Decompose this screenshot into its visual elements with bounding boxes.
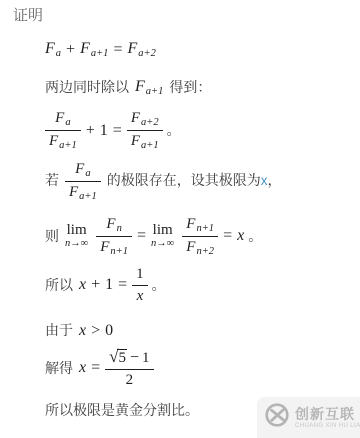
F-symbol: F (45, 40, 55, 57)
plus-operator: + (91, 275, 100, 295)
fraction: Fa Fa+1 (65, 160, 101, 203)
fraction-numerator: 1 (132, 265, 148, 285)
subscript: n (117, 223, 122, 234)
limit-equation: 则 lim n→∞ Fn Fn+1 = lim n→∞ Fn+1 Fn+2 = … (45, 215, 360, 258)
statement-text: 得到： (169, 79, 211, 97)
lim-underscript: n→∞ (151, 239, 174, 250)
F-symbol: F (49, 133, 58, 149)
subscript: a (85, 168, 90, 179)
solution-equation: 解得 x = √5−1 2 (45, 348, 360, 390)
fibonacci-term: Fa+1 (135, 77, 163, 98)
equals-operator: = (137, 226, 146, 246)
fraction-denominator: x (132, 285, 148, 306)
statement-text: 则 (45, 228, 59, 246)
number: 0 (105, 321, 113, 341)
subscript: a (56, 48, 61, 59)
fibonacci-term: Fa (45, 39, 61, 60)
fraction-denominator: 2 (105, 369, 153, 390)
cjk-period: 。 (248, 228, 262, 246)
fraction-equation: Fa Fa+1 + 1 = Fa+2 Fa+1 。 (45, 109, 360, 152)
subscript: a+1 (141, 140, 159, 151)
number: 1 (105, 275, 113, 295)
fraction-numerator: Fa (45, 109, 81, 130)
fraction: √5−1 2 (105, 348, 153, 390)
fraction-denominator: Fn+2 (182, 236, 218, 258)
subscript: a+1 (79, 191, 97, 202)
plus-operator: + (86, 121, 95, 141)
F-symbol: F (80, 40, 90, 57)
proof-article: 证明 Fa + Fa+1 = Fa+2 两边同时除以 Fa+1 得到： Fa F… (0, 0, 360, 438)
cjk-period: 。 (167, 122, 181, 140)
statement-text: 的极限存在，设其极限为 (107, 172, 261, 190)
cjk-period: 。 (152, 277, 166, 295)
statement-text: 两边同时除以 (45, 79, 129, 97)
variable-x: x (79, 321, 86, 341)
fraction-denominator: Fn+1 (96, 236, 132, 258)
assume-limit-statement: 若 Fa Fa+1 的极限存在，设其极限为 x ， (45, 160, 360, 203)
variable-x: x (237, 226, 244, 246)
subscript: a+1 (59, 140, 77, 151)
radicand: 5 (117, 349, 127, 366)
watermark-brand: 创新互联 (295, 406, 360, 422)
fraction-denominator: Fa+1 (45, 130, 81, 152)
F-symbol: F (131, 133, 140, 149)
fraction-denominator: Fa+1 (65, 181, 101, 203)
fraction-numerator: Fa (65, 160, 101, 181)
circle-x-logo-icon (264, 402, 290, 433)
F-symbol: F (69, 184, 78, 200)
lim-underscript: n→∞ (65, 239, 88, 250)
proof-heading: 证明 (13, 4, 360, 25)
F-symbol: F (75, 161, 84, 177)
minus-operator: − (130, 349, 139, 366)
F-symbol: F (186, 239, 195, 255)
F-symbol: F (106, 216, 115, 232)
number: 1 (142, 350, 150, 366)
fraction: Fa+2 Fa+1 (127, 109, 163, 152)
equals-operator: = (118, 275, 127, 295)
positivity-statement: 由于 x > 0 (45, 321, 360, 341)
subscript: n+1 (196, 223, 214, 234)
limit-operator: lim n→∞ (65, 223, 88, 249)
F-symbol: F (131, 110, 140, 126)
fraction-numerator: √5−1 (105, 348, 153, 369)
lim-word: lim (151, 223, 174, 239)
fraction: 1 x (132, 265, 148, 306)
statement-text: 所以 (45, 277, 73, 295)
F-symbol: F (186, 216, 195, 232)
limit-variable-x: x (261, 173, 268, 190)
greater-than-operator: > (91, 321, 100, 341)
subscript: n+2 (196, 246, 214, 257)
subscript: a+1 (146, 86, 164, 97)
fraction-numerator: Fa+2 (127, 109, 163, 130)
fraction-denominator: Fa+1 (127, 130, 163, 152)
fraction: Fn Fn+1 (96, 215, 132, 258)
fraction: Fn+1 Fn+2 (182, 215, 218, 258)
subscript: a (65, 117, 70, 128)
F-symbol: F (135, 78, 145, 95)
watermark-text: 创新互联 CHUANG XIN HU LIAN (295, 406, 360, 428)
variable-x: x (79, 358, 86, 378)
subscript: a+1 (91, 48, 109, 59)
fibonacci-term: Fa+2 (127, 39, 155, 60)
F-symbol: F (127, 40, 137, 57)
lim-word: lim (65, 223, 88, 239)
watermark-subtext: CHUANG XIN HU LIAN (295, 423, 360, 429)
fibonacci-term: Fa+1 (80, 39, 108, 60)
recurrence-equation: Fa + Fa+1 = Fa+2 (45, 39, 360, 60)
subscript: a+2 (141, 117, 159, 128)
subscript: a+2 (138, 48, 156, 59)
equals-operator: = (113, 40, 122, 60)
reciprocal-equation: 所以 x + 1 = 1 x 。 (45, 265, 360, 306)
fraction-numerator: Fn (96, 215, 132, 236)
limit-operator: lim n→∞ (151, 223, 174, 249)
fraction: Fa Fa+1 (45, 109, 81, 152)
proof-content: Fa + Fa+1 = Fa+2 两边同时除以 Fa+1 得到： Fa Fa+1… (45, 39, 360, 420)
variable-x: x (79, 275, 86, 295)
number: 1 (100, 121, 108, 141)
equals-operator: = (223, 226, 232, 246)
equals-operator: = (113, 121, 122, 141)
statement-text: 由于 (45, 322, 73, 340)
subscript: n+1 (110, 246, 128, 257)
F-symbol: F (100, 239, 109, 255)
F-symbol: F (55, 110, 64, 126)
cjk-comma: ， (268, 172, 282, 190)
plus-operator: + (66, 40, 75, 60)
divide-statement: 两边同时除以 Fa+1 得到： (45, 77, 360, 98)
equals-operator: = (91, 358, 100, 378)
statement-text: 解得 (45, 360, 73, 378)
fraction-numerator: Fn+1 (182, 215, 218, 236)
watermark-badge: 创新互联 CHUANG XIN HU LIAN (257, 397, 360, 438)
statement-text: 若 (45, 172, 59, 190)
